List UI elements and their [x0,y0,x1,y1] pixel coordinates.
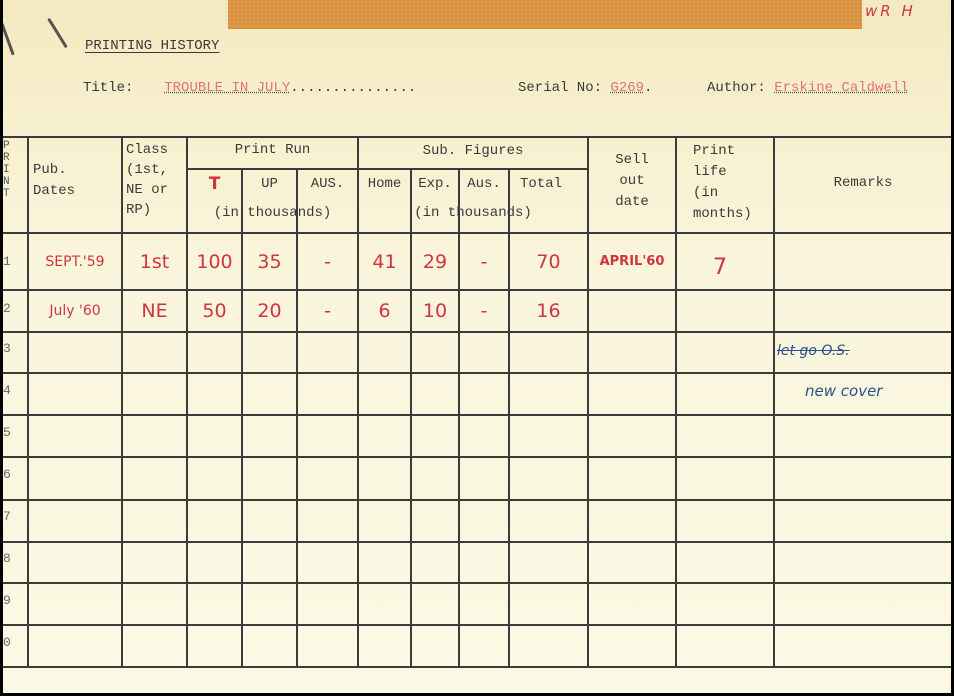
header-print-run-t: T [188,174,241,196]
grid-line [3,541,951,543]
grid-line [675,136,677,668]
grid-line [3,666,951,668]
record-card: wR H PRINTING HISTORY Title: TROUBLE IN … [3,0,951,693]
orange-tab-band [228,0,862,29]
cell-pub-date: July '60 [29,291,121,331]
title-value: TROUBLE IN JULY [164,80,290,96]
serial-label: Serial No: [518,80,602,96]
grid-line [3,456,951,458]
header-print-run: Print Run [188,140,357,161]
author-label: Author: [707,80,766,96]
cell-sub-home: 41 [359,234,410,289]
cell-print-run-up: 20 [243,291,296,331]
serial-field: Serial No: G269. [518,80,652,96]
header-sub-exp: Exp. [412,174,458,195]
row-number: 3 [3,341,15,356]
cell-sell-out-date: APRIL'60 [589,234,675,289]
header-sell-out-date: Sell out date [589,150,675,213]
title-label: Title: [83,80,133,96]
header-sub-aus: Aus. [460,174,508,195]
header-label: RP) [126,200,184,220]
print-letter: T [3,188,15,200]
title-dots: ............... [290,80,416,96]
header-sub-units: (in thousands) [359,203,587,224]
grid-line [3,499,951,501]
grid-line [3,136,951,138]
grid-line [3,331,951,333]
header-label: months) [693,204,773,225]
grid-line [27,136,29,668]
grid-line [3,624,951,626]
header-remarks: Remarks [775,173,951,194]
header-print-life: Print life (in months) [693,141,773,225]
header-label: Class [126,140,184,160]
header-sub-figures: Sub. Figures [359,141,587,162]
print-letter: I [3,164,15,176]
row-number: 9 [3,593,15,608]
title-field: Title: TROUBLE IN JULY............... [83,80,416,96]
header-label: (in [693,183,773,204]
print-column-label: P R I N T [3,140,15,200]
grid-line [773,136,775,668]
cell-print-run-aus: - [298,291,357,331]
remark-new-cover: new cover [805,382,882,400]
row-number: 0 [3,635,15,650]
cell-class: 1st [123,234,186,289]
header-print-run-units: (in thousands) [188,203,357,224]
cell-sub-exp: 10 [412,291,458,331]
cell-print-life: 7 [677,240,763,295]
cell-print-life [677,291,773,331]
grid-line [3,582,951,584]
header-class: Class (1st, NE or RP) [126,140,184,220]
cell-class: NE [123,291,186,331]
header-label: NE or [126,180,184,200]
print-letter: R [3,152,15,164]
header-label: (1st, [126,160,184,180]
grid-line [3,414,951,416]
header-pub-dates: Pub. Dates [33,160,93,202]
header-sub-total: Total [510,174,572,195]
row-number: 7 [3,509,15,524]
author-value: Erskine Caldwell [774,80,908,96]
row-number: 6 [3,467,15,482]
cell-print-run-aus: - [298,234,357,289]
grid-line [186,168,587,170]
header-label: life [693,162,773,183]
staple-mark-left [3,23,15,56]
row-number: 1 [3,254,15,269]
row-number: 2 [3,301,15,316]
header-sub-home: Home [359,174,410,195]
header-print-run-aus: AUS. [298,174,357,195]
cell-sub-aus: - [460,291,508,331]
cell-sub-total: 70 [510,234,587,289]
header-label: out [589,171,675,192]
header-label: Print [693,141,773,162]
staple-mark-right [47,18,68,48]
cell-sub-home: 6 [359,291,410,331]
cell-sell-out-date [589,291,675,331]
cell-print-run-t: 50 [188,291,241,331]
cell-sub-total: 16 [510,291,587,331]
cell-sub-exp: 29 [412,234,458,289]
header-label: T [209,174,221,194]
grid-line [121,136,123,668]
header-label: Pub. Dates [33,162,75,199]
row-number: 4 [3,383,15,398]
cell-pub-date: SEPT.'59 [29,234,121,289]
remark-struck-note: let go O.S. [777,343,850,359]
grid-line [3,372,951,374]
cell-print-run-up: 35 [243,234,296,289]
page-title: PRINTING HISTORY [85,38,219,54]
cell-print-run-t: 100 [188,234,241,289]
row-number: 8 [3,551,15,566]
header-label: Sell [589,150,675,171]
header-print-run-up: UP [243,174,296,195]
print-letter: N [3,176,15,188]
cell-sub-aus: - [460,234,508,289]
serial-value: G269 [610,80,644,96]
grid-line [587,136,589,668]
corner-initials: wR H [865,2,916,20]
author-field: Author: Erskine Caldwell [707,80,909,96]
header-label: date [589,192,675,213]
print-letter: P [3,140,15,152]
row-number: 5 [3,425,15,440]
